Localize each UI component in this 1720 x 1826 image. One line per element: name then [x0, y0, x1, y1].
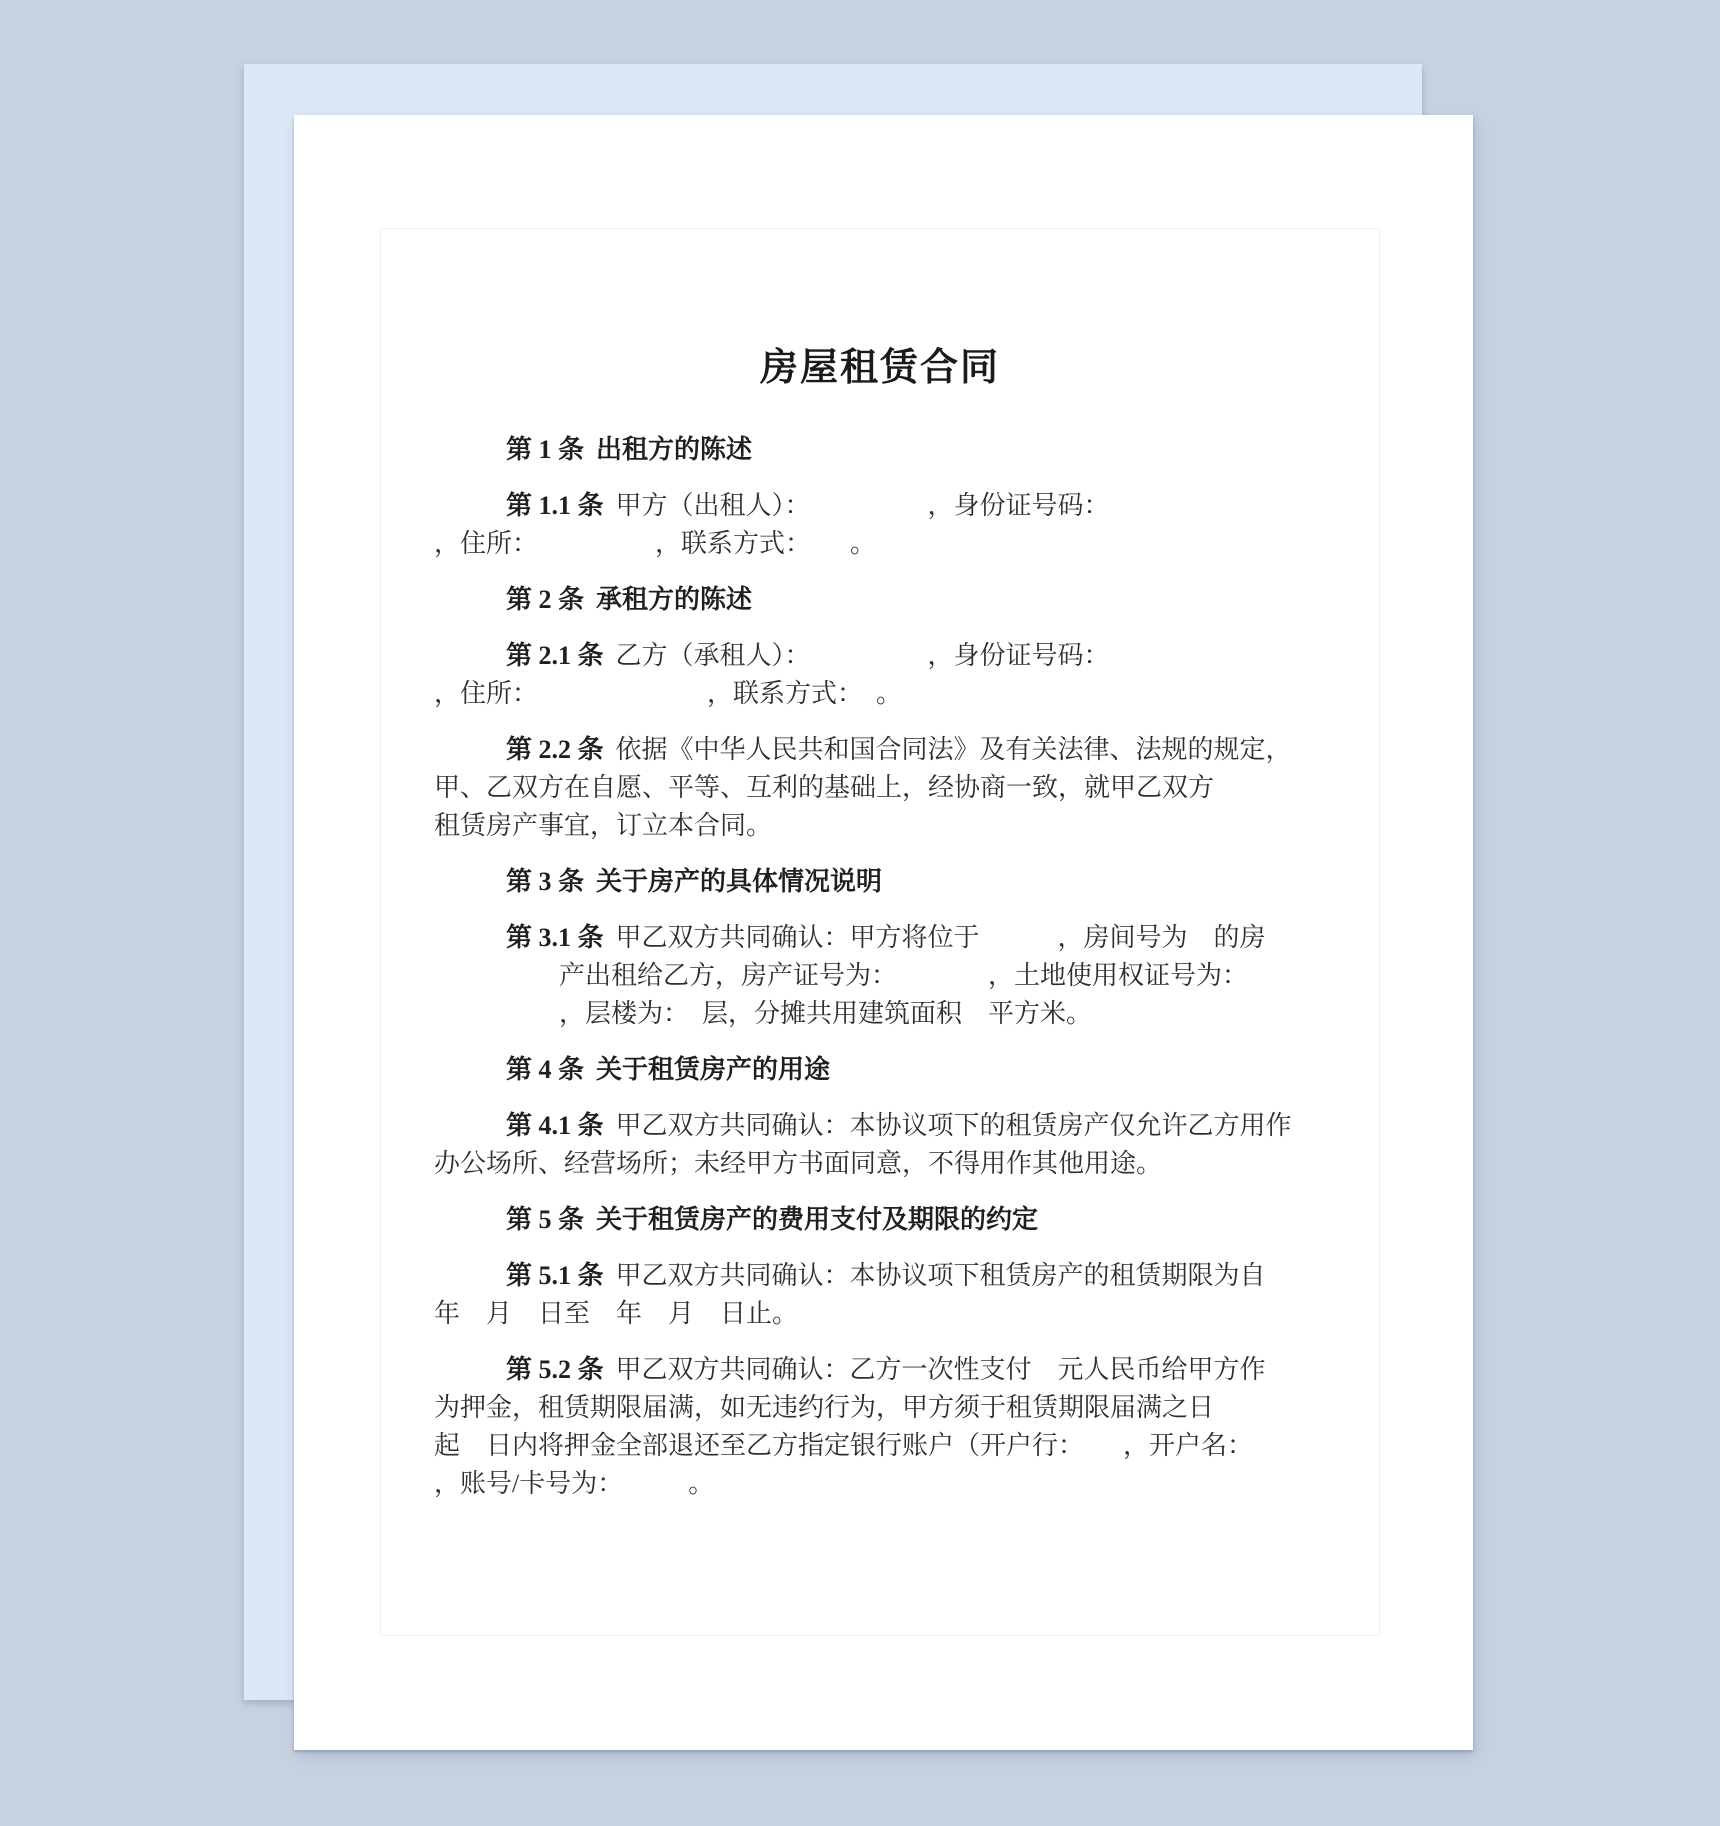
- clause-text: 关于租赁房产的用途: [596, 1055, 830, 1084]
- content-frame: 房屋租赁合同 第 1 条出租方的陈述 第 1.1 条甲方（出租人）： ，身份证号…: [380, 228, 1380, 1636]
- clause-text: 关于房产的具体情况说明: [596, 867, 882, 896]
- contract-clause-3-1: 第 3.1 条甲乙双方共同确认：甲方将位于 ，房间号为 的房 产出租给乙方，房产…: [434, 919, 1459, 1033]
- clause-label: 第 1 条: [506, 435, 584, 464]
- clause-label: 第 5 条: [506, 1205, 584, 1234]
- contract-clause-2-1: 第 2.1 条乙方（承租人）： ，身份证号码： ，住所： ，联系方式： 。: [434, 637, 1334, 713]
- app-background: 房屋租赁合同 第 1 条出租方的陈述 第 1.1 条甲方（出租人）： ，身份证号…: [0, 0, 1720, 1826]
- contract-clause-5-1: 第 5.1 条甲乙双方共同确认：本协议项下租赁房产的租赁期限为自 年 月 日至 …: [434, 1257, 1334, 1333]
- clause-text: 承租方的陈述: [596, 585, 752, 614]
- contract-clause-4-1: 第 4.1 条甲乙双方共同确认：本协议项下的租赁房产仅允许乙方用作 办公场所、经…: [434, 1107, 1334, 1183]
- contract-clause-1-1: 第 1.1 条甲方（出租人）： ，身份证号码： ，住所： ，联系方式： 。: [434, 487, 1334, 563]
- clause-label: 第 2.1 条: [506, 641, 604, 670]
- clause-label: 第 4 条: [506, 1055, 584, 1084]
- clause-text: 甲乙双方共同确认：甲方将位于 ，房间号为 的房 产出租给乙方，房产证号为： ，土…: [559, 923, 1266, 1028]
- clause-text: 出租方的陈述: [596, 435, 752, 464]
- clause-label: 第 2.2 条: [506, 735, 604, 764]
- clause-label: 第 3.1 条: [506, 923, 604, 952]
- contract-clause-2-2: 第 2.2 条依据《中华人民共和国合同法》及有关法律、法规的规定， 甲、乙双方在…: [434, 731, 1334, 845]
- document-page: 房屋租赁合同 第 1 条出租方的陈述 第 1.1 条甲方（出租人）： ，身份证号…: [294, 115, 1473, 1750]
- clause-text: 关于租赁房产的费用支付及期限的约定: [596, 1205, 1038, 1234]
- clause-heading-4: 第 4 条关于租赁房产的用途: [434, 1051, 1334, 1089]
- contract-clause-5-2: 第 5.2 条甲乙双方共同确认：乙方一次性支付 元人民币给甲方作 为押金，租赁期…: [434, 1351, 1334, 1503]
- document-title: 房屋租赁合同: [381, 344, 1379, 392]
- clause-heading-3: 第 3 条关于房产的具体情况说明: [434, 863, 1334, 901]
- clause-label: 第 3 条: [506, 867, 584, 896]
- clause-label: 第 4.1 条: [506, 1111, 604, 1140]
- clause-label: 第 1.1 条: [506, 491, 604, 520]
- clause-label: 第 5.1 条: [506, 1261, 604, 1290]
- clause-heading-2: 第 2 条承租方的陈述: [434, 581, 1334, 619]
- clause-label: 第 5.2 条: [506, 1355, 604, 1384]
- clause-label: 第 2 条: [506, 585, 584, 614]
- clause-heading-5: 第 5 条关于租赁房产的费用支付及期限的约定: [434, 1201, 1334, 1239]
- clause-heading-1: 第 1 条出租方的陈述: [434, 431, 1334, 469]
